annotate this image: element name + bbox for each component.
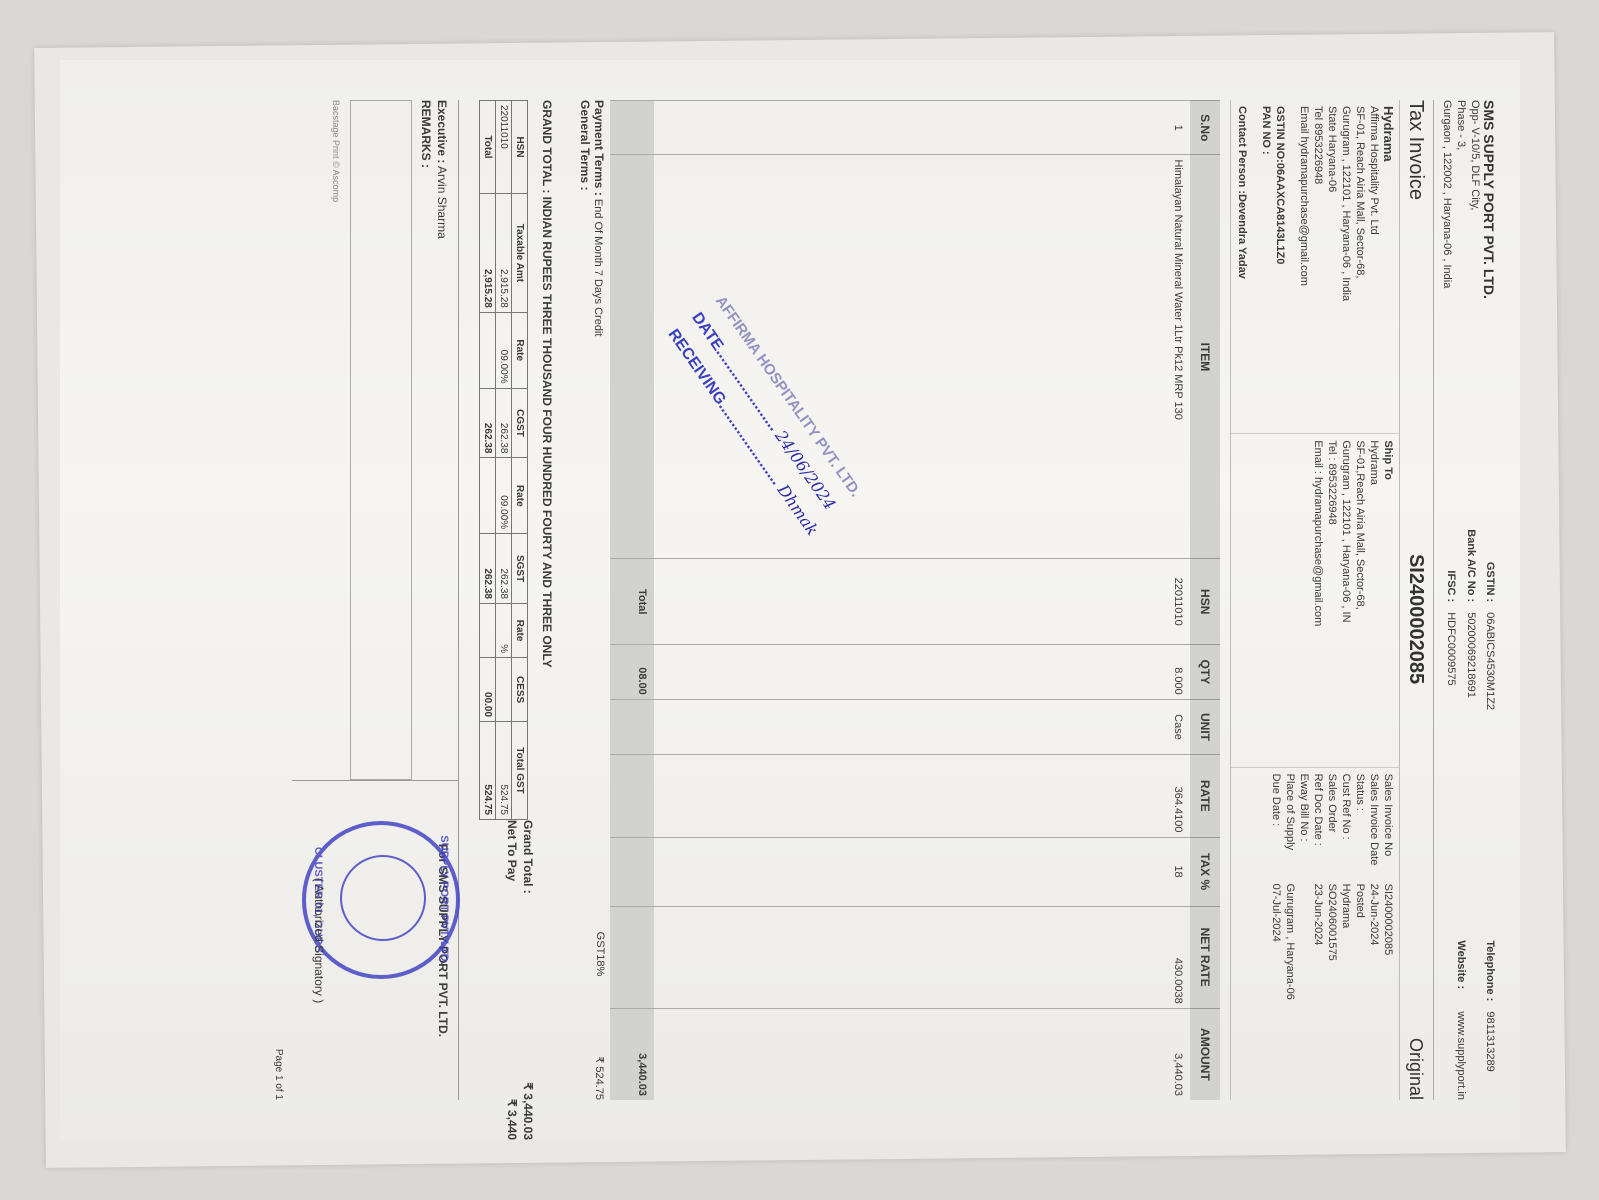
invoice-meta-label: Due Date : xyxy=(1269,774,1283,884)
gst-cell: % xyxy=(496,604,512,658)
gst-cell: 22011010 xyxy=(496,101,512,194)
gst-cell: 2,915.28 xyxy=(496,194,512,313)
gst-summary-table: HSNTaxable AmtRateCGSTRateSGSTRateCESSTo… xyxy=(479,100,528,820)
bill-to-line: Email hydramapurchase@gmail.com xyxy=(1297,106,1311,427)
cell-qty: 8.000 xyxy=(1146,645,1190,700)
items-table-header: S.NoITEMHSNQTYUNITRATETAX %NET RATEAMOUN… xyxy=(1190,101,1220,1101)
cell-sno: 1 xyxy=(1146,101,1190,155)
remarks-box xyxy=(350,100,412,780)
executive-name: Arvin Sharma xyxy=(435,166,449,239)
column-header: NET RATE xyxy=(1190,906,1220,1008)
gst-total-cell: 262.38 xyxy=(480,534,496,604)
bill-to-block: Hydrama Affirma Hospitality Pvt. Ltd SF-… xyxy=(1231,100,1399,433)
invoice-meta-value: Hydrama xyxy=(1339,884,1353,1094)
bill-to-line: Gurugram , 122101 , Haryana-06 , India xyxy=(1339,106,1353,427)
gst-cell: 262.38 xyxy=(496,388,512,458)
gst-column-header: Rate xyxy=(512,604,528,658)
empty-cell xyxy=(654,699,1146,754)
company-address-line: Opp- V-10/5, DLF City, xyxy=(1468,100,1482,299)
column-header: QTY xyxy=(1190,645,1220,700)
invoice-meta-value: Gurugram , Haryana-06 xyxy=(1283,884,1297,1094)
bill-to-pan: PAN NO : xyxy=(1259,106,1273,427)
gst-row: 220110102,915.2809.00%262.3809.00%262.38… xyxy=(496,101,512,820)
telephone-value: 9811313289 xyxy=(1469,1011,1496,1100)
empty-cell xyxy=(610,755,654,837)
grand-total-words: GRAND TOTAL : INDIAN RUPEES THREE THOUSA… xyxy=(540,100,554,1100)
general-terms-label: General Terms : xyxy=(578,100,592,190)
bill-to-line: SF-01, Reach Airia Mall, Sector-68, xyxy=(1353,106,1367,427)
payment-terms-value: End Of Month 7 Days Credit xyxy=(592,199,604,337)
telephone-label: Telephone : xyxy=(1469,940,1496,1001)
tax-value: ₹ 524.75 xyxy=(578,1056,606,1100)
gst-total-cell: 2,915.28 xyxy=(480,194,496,313)
column-header: TAX % xyxy=(1190,837,1220,906)
gst-cell: 09.00% xyxy=(496,312,512,388)
gst-summary-header: HSNTaxable AmtRateCGSTRateSGSTRateCESSTo… xyxy=(512,101,528,820)
gstin-value: 06ABICS4530M1Z2 xyxy=(1479,612,1496,710)
invoice-meta-label: Ref Doc Date : xyxy=(1311,774,1325,884)
terms-block: Payment Terms : End Of Month 7 Days Cred… xyxy=(578,100,606,336)
company-contact-details: Telephone : 9811313289 Website : www.sup… xyxy=(1440,940,1496,1100)
ship-to-line: Gurugram , 122101 , Haryana-06 , IN xyxy=(1339,440,1353,760)
net-to-pay-value: ₹ 3,440 xyxy=(504,1099,520,1140)
contact-person: Contact Person :Devendra Yadav xyxy=(1235,106,1249,427)
print-note: Bacstage Print © Ascomp xyxy=(328,100,344,780)
title-row: Tax Invoice SI2400002085 Original xyxy=(1404,100,1427,1100)
items-table: S.NoITEMHSNQTYUNITRATETAX %NET RATEAMOUN… xyxy=(610,100,1220,1100)
empty-cell xyxy=(654,906,1146,1008)
executive-label: Executive : xyxy=(435,100,449,163)
empty-cell xyxy=(610,906,654,1008)
invoice-meta-label: Cust Ref No : xyxy=(1339,774,1353,884)
tax-label: GST18% xyxy=(578,932,606,977)
cell-item: Himalayan Natural Mineral Water 1Ltr Pk1… xyxy=(1146,155,1190,559)
gst-total-row: Total2,915.28262.38262.3800.00524.75 xyxy=(480,101,496,820)
gst-total-cell xyxy=(480,604,496,658)
company-name: SMS SUPPLY PORT PVT. LTD. xyxy=(1482,100,1496,299)
terms-row: Payment Terms : End Of Month 7 Days Cred… xyxy=(578,100,606,1100)
invoice-meta-value: 07-Jul-2024 xyxy=(1269,884,1283,1094)
empty-cell xyxy=(610,837,654,906)
empty-cell xyxy=(654,559,1146,645)
net-to-pay-label: Net To Pay xyxy=(504,820,520,881)
column-header: RATE xyxy=(1190,755,1220,837)
ship-to-line: Email : hydramapurchase@gmail.com xyxy=(1311,440,1325,760)
website-value: www.supplyport.in xyxy=(1440,1011,1467,1100)
gst-total-cell: 524.75 xyxy=(480,722,496,820)
invoice-meta-label: Eway Bill No : xyxy=(1297,774,1311,884)
gst-total-cell: Total xyxy=(480,101,496,194)
column-header: AMOUNT xyxy=(1190,1008,1220,1100)
grand-total-box: Grand Total : ₹ 3,440.03 Net To Pay ₹ 3,… xyxy=(479,820,536,1140)
seal-inner-ring xyxy=(340,855,426,941)
total-cell: 08.00 xyxy=(610,645,654,700)
empty-cell xyxy=(610,699,654,754)
gst-summary-body: 220110102,915.2809.00%262.3809.00%262.38… xyxy=(480,101,512,820)
cell-amount: 3,440.03 xyxy=(1146,1008,1190,1100)
company-header: SMS SUPPLY PORT PVT. LTD. Opp- V-10/5, D… xyxy=(1433,100,1496,1100)
gst-column-header: Rate xyxy=(512,458,528,534)
bank-account-value: 50200069218691 xyxy=(1459,612,1476,710)
invoice-meta-value: 23-Jun-2024 xyxy=(1311,884,1325,1094)
bill-to-line: State Haryana-06 xyxy=(1325,106,1339,427)
gst-column-header: HSN xyxy=(512,101,528,194)
invoice-meta-value xyxy=(1297,884,1311,1094)
invoice-meta-label: Place of Supply xyxy=(1283,774,1297,884)
seal-top-text: SUPPLY PORT PVT. LTD. xyxy=(438,825,450,975)
website-label: Website : xyxy=(1440,940,1467,1001)
invoice-meta-block: Sales Invoice NoSI2400002085Sales Invoic… xyxy=(1231,767,1399,1100)
company-address-line: Gurgaon , 122002 , Haryana-06 , India xyxy=(1440,100,1454,299)
ship-to-block: Ship To Hydrama SF-01,Reach Airia Mall, … xyxy=(1231,433,1399,766)
cell-unit: Case xyxy=(1146,699,1190,754)
copy-type: Original xyxy=(1405,1038,1426,1100)
executive-block: Executive : Arvin Sharma REMARKS : Bacst… xyxy=(292,100,458,780)
gst-total-cell: 262.38 xyxy=(480,388,496,458)
gst-cell: 524.75 xyxy=(496,722,512,820)
gst-total-cell: 00.00 xyxy=(480,658,496,722)
gst-total-cell xyxy=(480,312,496,388)
cell-net-rate: 430.0038 xyxy=(1146,906,1190,1008)
column-header: HSN xyxy=(1190,559,1220,645)
gst-column-header: SGST xyxy=(512,534,528,604)
empty-cell xyxy=(654,837,1146,906)
gst-total-cell xyxy=(480,458,496,534)
invoice-meta-value: Posted xyxy=(1353,884,1367,1094)
authorized-signatory-label: ( Authorized Signatory ) xyxy=(312,781,326,1100)
cell-rate: 364.4100 xyxy=(1146,755,1190,837)
gst-cell: 262.38 xyxy=(496,534,512,604)
total-cell: 3,440.03 xyxy=(610,1008,654,1100)
remarks-label: REMARKS : xyxy=(418,100,434,780)
invoice-meta-value: 24-Jun-2024 xyxy=(1367,884,1381,1094)
ifsc-value: HDFC0009575 xyxy=(1440,612,1457,710)
payment-terms-label: Payment Terms : xyxy=(592,100,606,196)
company-address-block: SMS SUPPLY PORT PVT. LTD. Opp- V-10/5, D… xyxy=(1440,100,1496,299)
bill-to-line: Tel 8953226948 xyxy=(1311,106,1325,427)
invoice-meta-label: Sales Order xyxy=(1325,774,1339,884)
document-title: Tax Invoice xyxy=(1404,100,1427,200)
ship-to-name: Hydrama xyxy=(1367,440,1381,760)
authorized-signature-box: For SMS SUPPLY PORT PVT. LTD. SUPPLY POR… xyxy=(292,780,458,1100)
ship-to-heading: Ship To xyxy=(1381,440,1395,760)
invoice-meta-label: Sales Invoice Date xyxy=(1367,774,1381,884)
empty-cell xyxy=(654,1008,1146,1100)
empty-row-space xyxy=(654,101,1146,1101)
tax-breakdown: GST18% ₹ 524.75 xyxy=(578,932,606,1100)
company-bank-details: GSTIN : 06ABICS4530M1Z2 Bank A/C No : 50… xyxy=(1440,529,1496,710)
column-header: UNIT xyxy=(1190,699,1220,754)
gstin-label: GSTIN : xyxy=(1479,529,1496,602)
invoice-number: SI2400002085 xyxy=(1404,554,1427,684)
gst-column-header: Total GST xyxy=(512,722,528,820)
page-number: Page 1 of 1 xyxy=(273,100,284,1100)
items-table-body: 1Himalayan Natural Mineral Water 1Ltr Pk… xyxy=(610,101,1190,1101)
gst-column-header: CGST xyxy=(512,388,528,458)
invoice-meta-label: Status : xyxy=(1353,774,1367,884)
column-header: S.No xyxy=(1190,101,1220,155)
company-address-line: Phase - 3, xyxy=(1454,100,1468,299)
grand-total-value: ₹ 3,440.03 xyxy=(520,1082,536,1140)
gst-column-header: Taxable Amt xyxy=(512,194,528,313)
invoice-meta-value: SI2400002085 xyxy=(1381,884,1395,1094)
parties-section: Hydrama Affirma Hospitality Pvt. Ltd SF-… xyxy=(1230,100,1400,1100)
invoice-meta-label: Sales Invoice No xyxy=(1381,774,1395,884)
ship-to-line: Tel : 8953226948 xyxy=(1325,440,1339,760)
bank-account-label: Bank A/C No : xyxy=(1459,529,1476,602)
empty-cell xyxy=(610,101,654,155)
bill-to-line: Affirma Hospitality Pvt. Ltd xyxy=(1367,106,1381,427)
bill-to-gstin: GSTIN NO:06AAXCA8143L1Z0 xyxy=(1273,106,1287,427)
ship-to-line: SF-01,Reach Airia Mall, Sector-68, xyxy=(1353,440,1367,760)
document-photo: SMS SUPPLY PORT PVT. LTD. Opp- V-10/5, D… xyxy=(50,40,1530,1160)
empty-cell xyxy=(654,755,1146,837)
gst-column-header: CESS xyxy=(512,658,528,722)
cell-hsn: 22011010 xyxy=(1146,559,1190,645)
empty-cell xyxy=(654,645,1146,700)
ifsc-label: IFSC : xyxy=(1440,529,1457,602)
empty-cell xyxy=(610,155,654,559)
invoice-meta-grid: Sales Invoice NoSI2400002085Sales Invoic… xyxy=(1269,774,1395,1094)
grand-total-label: Grand Total : xyxy=(520,820,536,894)
gst-cell xyxy=(496,658,512,722)
table-row: 1Himalayan Natural Mineral Water 1Ltr Pk… xyxy=(1146,101,1190,1101)
total-cell: Total xyxy=(610,559,654,645)
gst-column-header: Rate xyxy=(512,312,528,388)
invoice-meta-value: SO2406001575 xyxy=(1325,884,1339,1094)
column-header: ITEM xyxy=(1190,155,1220,559)
bill-to-tax-ids: GSTIN NO:06AAXCA8143L1Z0 PAN NO : xyxy=(1259,106,1287,427)
summary-section: HSNTaxable AmtRateCGSTRateSGSTRateCESSTo… xyxy=(479,100,536,1100)
items-total-row: Total08.003,440.03 xyxy=(610,101,654,1101)
empty-cell xyxy=(654,101,1146,155)
bill-to-name: Hydrama xyxy=(1381,106,1395,427)
signature-section: Executive : Arvin Sharma REMARKS : Bacst… xyxy=(292,100,459,1100)
tax-invoice-page: SMS SUPPLY PORT PVT. LTD. Opp- V-10/5, D… xyxy=(60,60,1520,1140)
cell-tax: 18 xyxy=(1146,837,1190,906)
gst-cell: 09.00% xyxy=(496,458,512,534)
